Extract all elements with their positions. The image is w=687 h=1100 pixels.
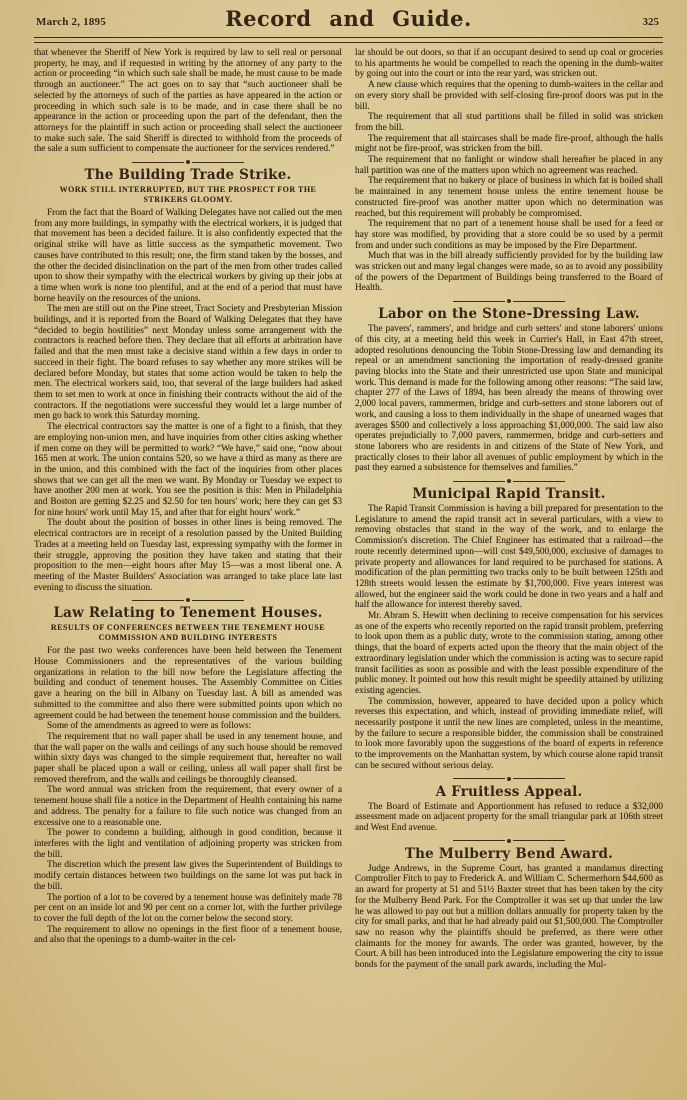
section-divider: [355, 839, 663, 843]
divider-line: [453, 778, 505, 779]
section-divider: [355, 299, 663, 303]
article-paragraph: A new clause which requires that the ope…: [355, 80, 663, 112]
article-subheading: WORK STILL INTERRUPTED, BUT THE PROSPECT…: [40, 185, 336, 205]
article-paragraph: For the past two weeks conferences have …: [34, 646, 342, 721]
divider-dot-icon: [507, 777, 511, 781]
publication-title: Record and Guide.: [34, 6, 663, 31]
header-rule: [34, 37, 663, 43]
article-paragraph: The men are still out on the Pine street…: [34, 304, 342, 422]
divider-line: [132, 162, 184, 163]
divider-dot-icon: [507, 479, 511, 483]
article-heading: The Mulberry Bend Award.: [355, 846, 663, 862]
article-paragraph: The requirement that all staircases shal…: [355, 134, 663, 155]
section-divider: [34, 160, 342, 164]
article-heading: A Fruitless Appeal.: [355, 784, 663, 800]
article-paragraph: lar should be out doors, so that if an o…: [355, 48, 663, 80]
article-paragraph: that whenever the Sheriff of New York is…: [34, 48, 342, 155]
masthead: March 2, 1895 Record and Guide. 325: [34, 6, 663, 36]
divider-line: [192, 162, 244, 163]
article-paragraph: The pavers', rammers', and bridge and cu…: [355, 324, 663, 474]
divider-dot-icon: [507, 299, 511, 303]
divider-dot-icon: [186, 160, 190, 164]
article-heading: Law Relating to Tenement Houses.: [34, 605, 342, 621]
article-paragraph: The power to condemn a building, althoug…: [34, 828, 342, 860]
article-paragraph: Mr. Abram S. Hewitt when declining to re…: [355, 611, 663, 697]
article-paragraph: The requirement that no part of a teneme…: [355, 219, 663, 251]
article-paragraph: Much that was in the bill already suffic…: [355, 251, 663, 294]
article-heading: The Building Trade Strike.: [34, 167, 342, 183]
article-paragraph: The word annual was stricken from the re…: [34, 785, 342, 828]
section-divider: [355, 479, 663, 483]
divider-line: [132, 600, 184, 601]
article-paragraph: The requirement that no fanlight or wind…: [355, 155, 663, 176]
article-paragraph: The discretion which the present law giv…: [34, 860, 342, 892]
section-divider: [355, 777, 663, 781]
article-paragraph: The requirement that all stud partitions…: [355, 112, 663, 133]
article-paragraph: The portion of a lot to be covered by a …: [34, 893, 342, 925]
article-paragraph: The Board of Estimate and Apportionment …: [355, 802, 663, 834]
divider-line: [513, 840, 565, 841]
article-heading: Labor on the Stone-Dressing Law.: [355, 306, 663, 322]
divider-line: [453, 481, 505, 482]
article-paragraph: The commission, however, appeared to hav…: [355, 697, 663, 772]
divider-line: [192, 600, 244, 601]
article-paragraph: The electrical contractors say the matte…: [34, 422, 342, 518]
left-column: that whenever the Sheriff of New York is…: [34, 48, 342, 1088]
article-paragraph: The Rapid Transit Commission is having a…: [355, 504, 663, 611]
right-column: lar should be out doors, so that if an o…: [355, 48, 663, 1088]
divider-line: [513, 778, 565, 779]
newspaper-page: March 2, 1895 Record and Guide. 325 that…: [0, 0, 687, 1100]
section-divider: [34, 598, 342, 602]
article-heading: Municipal Rapid Transit.: [355, 486, 663, 502]
divider-line: [513, 301, 565, 302]
article-paragraph: The doubt about the position of bosses i…: [34, 518, 342, 593]
divider-line: [453, 840, 505, 841]
article-paragraph: The requirement to allow no openings in …: [34, 925, 342, 946]
article-columns: that whenever the Sheriff of New York is…: [34, 48, 663, 1088]
article-subheading: RESULTS OF CONFERENCES BETWEEN THE TENEM…: [40, 623, 336, 643]
article-paragraph: The requirement that no bakery or place …: [355, 176, 663, 219]
article-paragraph: From the fact that the Board of Walking …: [34, 208, 342, 304]
article-paragraph: The requirement that no wall paper shall…: [34, 732, 342, 786]
divider-line: [513, 481, 565, 482]
divider-line: [453, 301, 505, 302]
page-number: 325: [643, 16, 660, 28]
divider-dot-icon: [186, 598, 190, 602]
article-paragraph: Some of the amendments as agreed to were…: [34, 721, 342, 732]
divider-dot-icon: [507, 839, 511, 843]
article-paragraph: Judge Andrews, in the Supreme Court, has…: [355, 864, 663, 971]
